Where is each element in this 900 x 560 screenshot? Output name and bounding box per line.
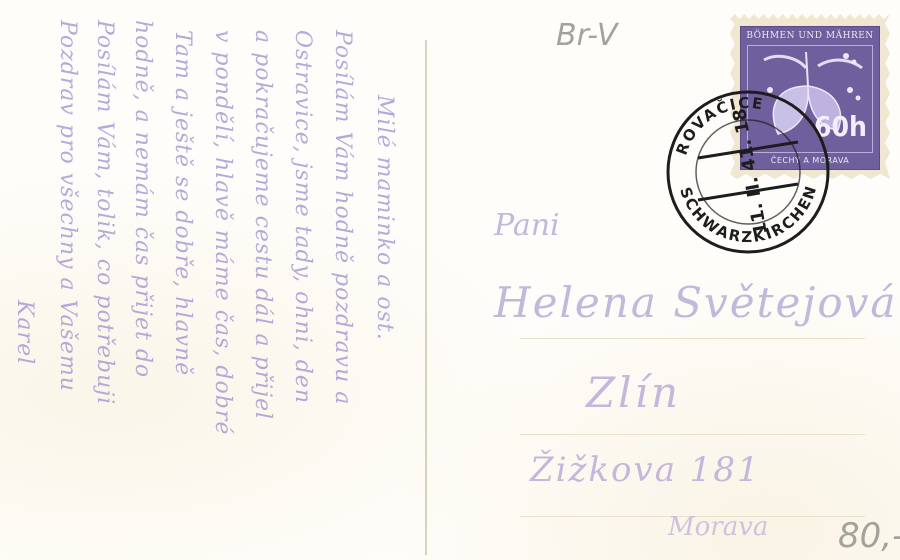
message-line: Ostravice, jsme tady, ohni, den <box>290 30 315 404</box>
message-line: Tam a ještě se dobře, hlavně <box>170 30 195 376</box>
message-line: a pokračujeme cestu dál a přijel <box>250 30 275 420</box>
message-line: Milé maminko a ost. <box>372 95 397 341</box>
message-area: Milé maminko a ost. Posílám Vám hodně po… <box>0 0 420 560</box>
address-region: Morava <box>668 512 768 542</box>
address-street: Žižkova 181 <box>530 450 761 490</box>
message-line: hodně, a nemám čas přijet do <box>130 20 155 378</box>
message-line: Posílám Vám hodně pozdravu a <box>330 30 355 405</box>
message-line: v pondělí, hlavě máme čas, dobré <box>210 30 235 435</box>
postmark-cancellation: ROVAČICE SCHWARZKIRCHEN 11. II. 41. 18 <box>664 88 832 256</box>
pencil-price: 80,- <box>838 516 900 556</box>
pencil-note: Br-V <box>556 18 617 53</box>
postcard-back: Milé maminko a ost. Posílám Vám hodně po… <box>0 0 900 560</box>
address-city: Zlín <box>586 368 681 417</box>
message-line: Pozdrav pro všechny a Vašemu <box>55 20 80 392</box>
center-divider <box>425 40 427 555</box>
postmark-date: 11. II. 41. 18 <box>729 107 772 237</box>
message-signature: Karel <box>12 300 37 365</box>
address-line <box>520 338 865 339</box>
address-line <box>520 434 865 435</box>
message-line: Posílám Vám, tolik, co potřebuji <box>92 20 117 405</box>
stamp-top-text: BÖHMEN UND MÄHREN <box>741 31 879 41</box>
address-name: Helena Světejová <box>494 278 897 327</box>
address-salutation: Pani <box>494 208 560 243</box>
